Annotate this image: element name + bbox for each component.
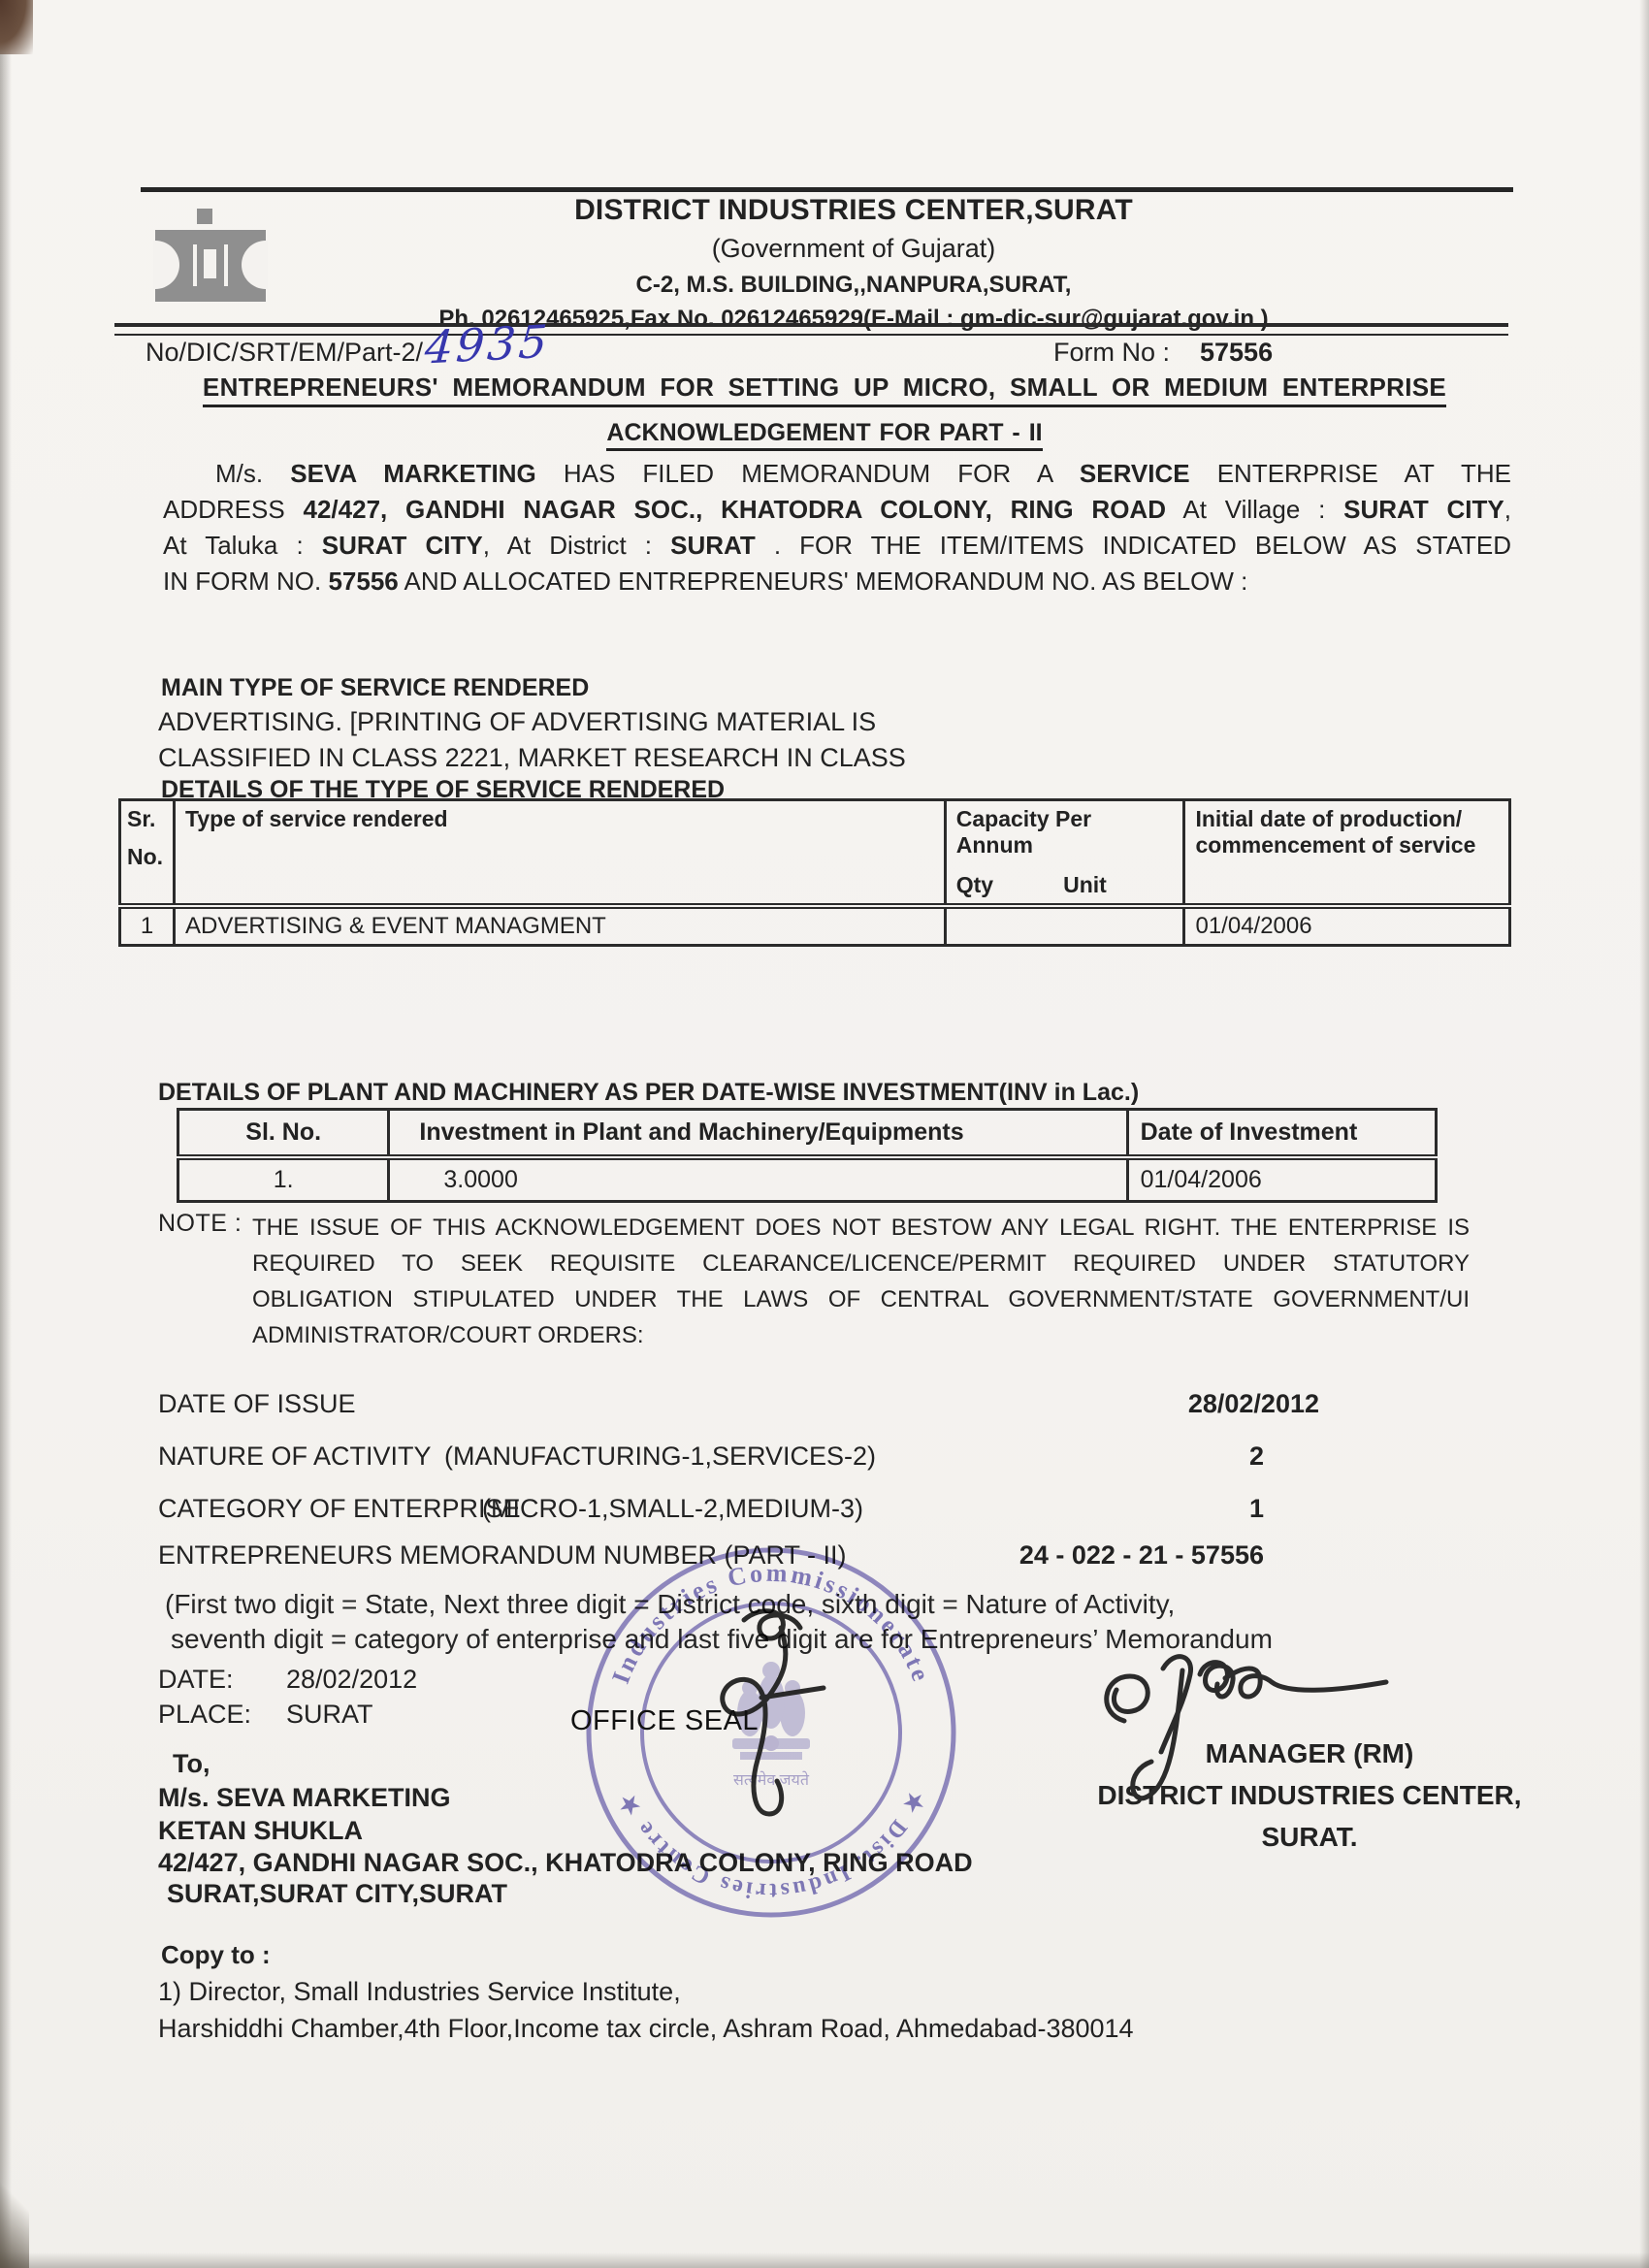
addressee-city: SURAT,SURAT CITY,SURAT — [167, 1879, 507, 1909]
plant-col-investment: Investment in Plant and Machinery/Equipm… — [389, 1110, 1127, 1158]
copy-line-1: 1) Director, Small Industries Service In… — [158, 1977, 681, 2007]
plant-table-header-row: Sl. No. Investment in Plant and Machiner… — [178, 1110, 1437, 1158]
scan-artifact-left-edge — [0, 0, 12, 2268]
scan-artifact-bottom-edge — [0, 2252, 1649, 2268]
manager-signature-scribble — [1082, 1628, 1450, 1831]
service-col-type: Type of service rendered — [174, 800, 945, 907]
form-no-label: Form No : — [1053, 338, 1170, 368]
service-row-sr: 1 — [120, 906, 175, 946]
office-seal-label: OFFICE SEAL — [570, 1705, 759, 1737]
to-label: To, — [173, 1749, 210, 1779]
plant-row-investment: 3.0000 — [389, 1157, 1127, 1202]
footer-date-label: DATE: — [158, 1665, 234, 1695]
header-rule — [114, 323, 1508, 336]
addressee-person: KETAN SHUKLA — [158, 1816, 363, 1846]
top-rule — [141, 187, 1513, 192]
plant-heading: DETAILS OF PLANT AND MACHINERY AS PER DA… — [158, 1079, 1139, 1107]
date-of-issue-value: 28/02/2012 — [1067, 1389, 1319, 1419]
main-service-heading: MAIN TYPE OF SERVICE RENDERED — [161, 674, 589, 702]
nature-of-activity-label: NATURE OF ACTIVITY — [158, 1442, 432, 1472]
dic-logo-icon — [153, 209, 268, 304]
government-line: (Government of Gujarat) — [252, 234, 1455, 264]
footer-date-value: 28/02/2012 — [286, 1665, 417, 1695]
note-text: THE ISSUE OF THIS ACKNOWLEDGEMENT DOES N… — [252, 1210, 1470, 1353]
service-table-header-row: Sr. No. Type of service rendered Capacit… — [120, 800, 1510, 907]
plant-col-date: Date of Investment — [1127, 1110, 1436, 1158]
scanned-document-page: DISTRICT INDUSTRIES CENTER,SURAT (Govern… — [0, 0, 1649, 2268]
plant-row-sl: 1. — [178, 1157, 389, 1202]
intro-line-1: M/s. SEVA MARKETING HAS FILED MEMORANDUM… — [163, 456, 1511, 492]
main-service-line-1: ADVERTISING. [PRINTING OF ADVERTISING MA… — [158, 707, 876, 737]
service-col-unit: Unit — [1063, 872, 1107, 898]
service-row-type: ADVERTISING & EVENT MANAGMENT — [174, 906, 945, 946]
intro-line-3: At Taluka : SURAT CITY, At District : SU… — [163, 528, 1511, 564]
intro-line-4: IN FORM NO. 57556 AND ALLOCATED ENTREPRE… — [163, 564, 1511, 599]
service-row-qty — [945, 906, 1184, 946]
intro-line-2: ADDRESS 42/427, GANDHI NAGAR SOC., KHATO… — [163, 492, 1511, 528]
address-line: C-2, M.S. BUILDING,,NANPURA,SURAT, — [252, 272, 1455, 299]
form-no-value: 57556 — [1200, 338, 1273, 368]
note-label: NOTE : — [158, 1210, 242, 1238]
category-of-enterprise-label: CATEGORY OF ENTERPRISE — [158, 1494, 521, 1524]
service-col-sr-no: Sr. No. — [120, 800, 175, 907]
stamp-arc-bottom-text: ★ Dist. Industries Centre ★ — [613, 1787, 929, 1903]
service-row-initial-date: 01/04/2006 — [1184, 906, 1510, 946]
nature-of-activity-options: (MANUFACTURING-1,SERVICES-2) — [444, 1442, 876, 1472]
reference-number-label: No/DIC/SRT/EM/Part-2/ — [145, 338, 423, 368]
plant-table-row: 1. 3.0000 01/04/2006 — [178, 1157, 1437, 1202]
org-name: DISTRICT INDUSTRIES CENTER,SURAT — [252, 194, 1455, 227]
svg-text:★ Dist. Industries Centre ★: ★ Dist. Industries Centre ★ — [613, 1787, 929, 1903]
date-of-issue-label: DATE OF ISSUE — [158, 1389, 356, 1419]
copy-line-2: Harshiddhi Chamber,4th Floor,Income tax … — [158, 2014, 1134, 2044]
scan-artifact-right-edge — [1639, 0, 1649, 2268]
stamp-motto-text: सत्यमेव जयते — [733, 1770, 810, 1789]
document-title: ENTREPRENEURS' MEMORANDUM FOR SETTING UP… — [203, 373, 1446, 407]
intro-paragraph: M/s. SEVA MARKETING HAS FILED MEMORANDUM… — [163, 456, 1511, 599]
em-number-value: 24 - 022 - 21 - 57556 — [989, 1540, 1264, 1571]
category-of-enterprise-options: (MICRO-1,SMALL-2,MEDIUM-3) — [482, 1494, 863, 1524]
addressee-firm: M/s. SEVA MARKETING — [158, 1783, 451, 1813]
scan-artifact-top-left-corner — [0, 0, 33, 54]
service-table-row: 1 ADVERTISING & EVENT MANAGMENT 01/04/20… — [120, 906, 1510, 946]
category-of-enterprise-value: 1 — [1009, 1494, 1264, 1524]
service-col-capacity: Capacity Per Annum QtyUnit — [945, 800, 1184, 907]
service-col-initial-date: Initial date of production/ commencement… — [1184, 800, 1510, 907]
letterhead: DISTRICT INDUSTRIES CENTER,SURAT (Govern… — [252, 194, 1455, 333]
service-col-qty: Qty — [956, 872, 993, 898]
footer-place-value: SURAT — [286, 1700, 373, 1730]
document-subtitle: ACKNOWLEDGEMENT FOR PART - II — [606, 419, 1042, 451]
copy-to-label: Copy to : — [161, 1940, 271, 1970]
plant-col-sl-no: Sl. No. — [178, 1110, 389, 1158]
scan-artifact-bottom-left-corner — [0, 2173, 29, 2268]
document-title-row: ENTREPRENEURS' MEMORANDUM FOR SETTING UP… — [0, 373, 1649, 403]
footer-place-label: PLACE: — [158, 1700, 251, 1730]
plant-table: Sl. No. Investment in Plant and Machiner… — [177, 1108, 1438, 1203]
reference-number-handwritten: 4935 — [423, 314, 552, 373]
service-table: Sr. No. Type of service rendered Capacit… — [118, 798, 1511, 947]
main-service-line-2: CLASSIFIED IN CLASS 2221, MARKET RESEARC… — [158, 743, 906, 773]
plant-row-date: 01/04/2006 — [1127, 1157, 1436, 1202]
nature-of-activity-value: 2 — [1009, 1442, 1264, 1472]
document-subtitle-row: ACKNOWLEDGEMENT FOR PART - II — [0, 419, 1649, 447]
